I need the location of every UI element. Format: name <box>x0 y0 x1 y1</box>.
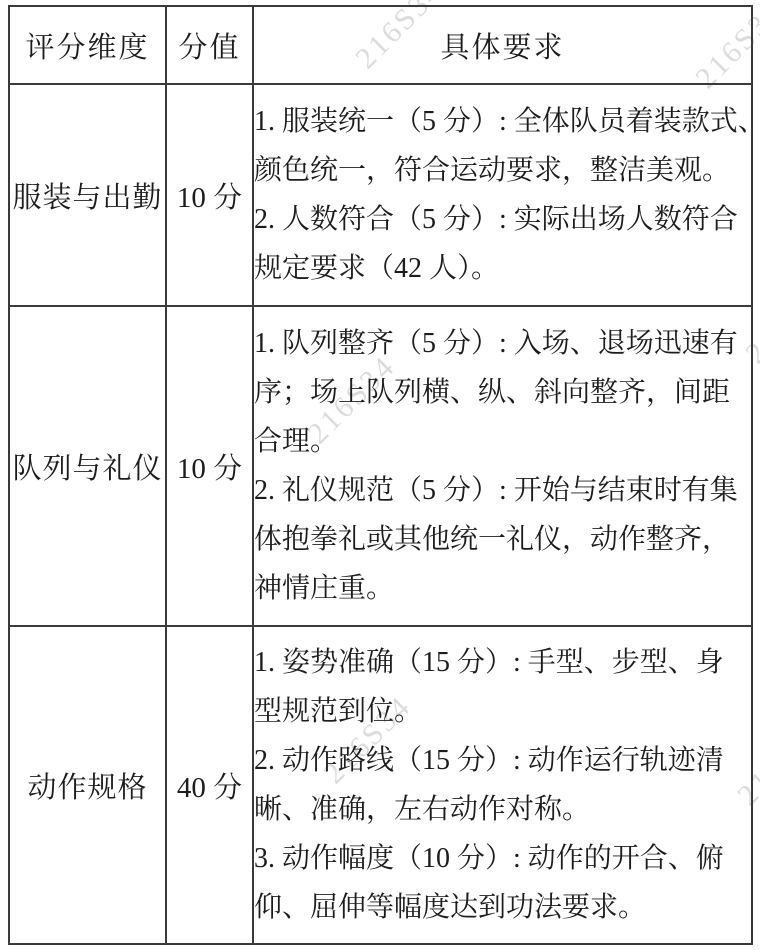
header-requirements: 具体要求 <box>253 6 752 84</box>
requirements-cell: 1. 服装统一（5 分）: 全体队员着装款式、 颜色统一，符合运动要求，整洁美观… <box>253 84 752 306</box>
requirement-line: 合理。 <box>254 417 751 466</box>
requirements-cell: 1. 姿势准确（15 分）: 手型、步型、身 型规范到位。 2. 动作路线（15… <box>253 626 752 944</box>
requirement-line: 1. 姿势准确（15 分）: 手型、步型、身 <box>254 638 751 687</box>
requirements-cell: 1. 队列整齐（5 分）: 入场、退场迅速有 序；场上队列横、纵、斜向整齐，间距… <box>253 306 752 626</box>
requirement-line: 2. 礼仪规范（5 分）: 开始与结束时有集 <box>254 466 751 515</box>
requirement-line: 晰、准确，左右动作对称。 <box>254 785 751 834</box>
requirement-line: 序；场上队列横、纵、斜向整齐，间距 <box>254 368 751 417</box>
requirement-line: 型规范到位。 <box>254 687 751 736</box>
score-cell: 10 分 <box>166 306 253 626</box>
requirement-line: 1. 服装统一（5 分）: 全体队员着装款式、 <box>254 97 751 146</box>
scoring-criteria-table: 评分维度 分值 具体要求 服装与出勤 10 分 1. 服装统一（5 分）: 全体… <box>8 5 753 945</box>
header-dimension: 评分维度 <box>9 6 166 84</box>
table-row: 动作规格 40 分 1. 姿势准确（15 分）: 手型、步型、身 型规范到位。 … <box>9 626 752 944</box>
table-row: 服装与出勤 10 分 1. 服装统一（5 分）: 全体队员着装款式、 颜色统一，… <box>9 84 752 306</box>
dimension-cell: 队列与礼仪 <box>9 306 166 626</box>
document-page: 216S34 216S34 216S34 216S34 216S34 216S3… <box>0 0 760 950</box>
table-header-row: 评分维度 分值 具体要求 <box>9 6 752 84</box>
requirement-line: 仰、屈伸等幅度达到功法要求。 <box>254 883 751 932</box>
requirement-line: 神情庄重。 <box>254 564 751 613</box>
requirement-line: 体抱拳礼或其他统一礼仪，动作整齐， <box>254 515 751 564</box>
header-score: 分值 <box>166 6 253 84</box>
requirement-line: 2. 动作路线（15 分）: 动作运行轨迹清 <box>254 736 751 785</box>
requirement-line: 2. 人数符合（5 分）: 实际出场人数符合 <box>254 195 751 244</box>
requirement-line: 颜色统一，符合运动要求，整洁美观。 <box>254 146 751 195</box>
watermark-text: 216S34 <box>0 724 6 826</box>
score-cell: 10 分 <box>166 84 253 306</box>
dimension-cell: 动作规格 <box>9 626 166 944</box>
dimension-cell: 服装与出勤 <box>9 84 166 306</box>
requirement-line: 3. 动作幅度（10 分）: 动作的开合、俯 <box>254 834 751 883</box>
score-cell: 40 分 <box>166 626 253 944</box>
requirement-line: 规定要求（42 人）。 <box>254 244 751 293</box>
table-row: 队列与礼仪 10 分 1. 队列整齐（5 分）: 入场、退场迅速有 序；场上队列… <box>9 306 752 626</box>
requirement-line: 1. 队列整齐（5 分）: 入场、退场迅速有 <box>254 319 751 368</box>
